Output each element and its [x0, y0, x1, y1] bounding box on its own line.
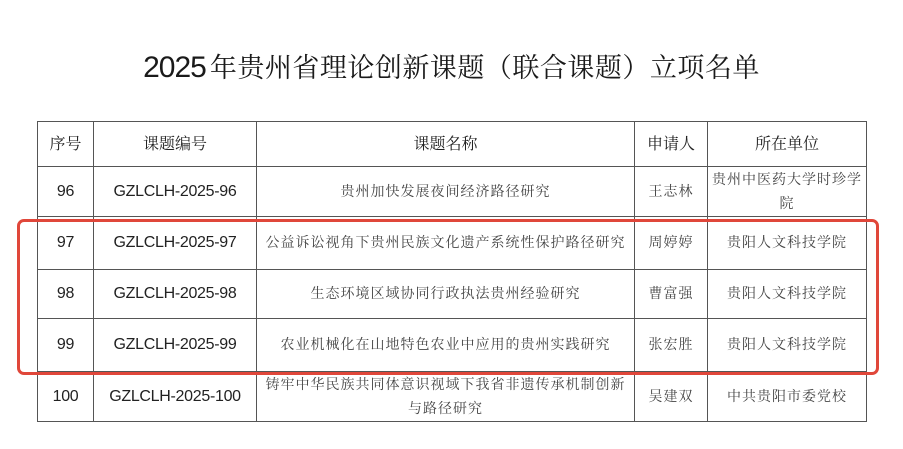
document-title: 2025年贵州省理论创新课题（联合课题）立项名单	[0, 46, 903, 85]
cell-code: GZLCLH-2025-100	[94, 372, 257, 422]
cell-applicant: 王志林	[635, 167, 708, 217]
cell-unit: 贵阳人文科技学院	[708, 270, 867, 319]
table-row: 99 GZLCLH-2025-99 农业机械化在山地特色农业中应用的贵州实践研究…	[38, 319, 867, 372]
cell-topic: 铸牢中华民族共同体意识视域下我省非遗传承机制创新与路径研究	[257, 372, 635, 422]
cell-applicant: 周婷婷	[635, 217, 708, 270]
cell-unit: 中共贵阳市委党校	[708, 372, 867, 422]
cell-index: 100	[38, 372, 94, 422]
table-row: 97 GZLCLH-2025-97 公益诉讼视角下贵州民族文化遗产系统性保护路径…	[38, 217, 867, 270]
cell-index: 96	[38, 167, 94, 217]
cell-topic: 农业机械化在山地特色农业中应用的贵州实践研究	[257, 319, 635, 372]
header-index: 序号	[38, 122, 94, 167]
cell-topic: 生态环境区域协同行政执法贵州经验研究	[257, 270, 635, 319]
cell-code: GZLCLH-2025-99	[94, 319, 257, 372]
header-applicant: 申请人	[635, 122, 708, 167]
cell-unit: 贵阳人文科技学院	[708, 319, 867, 372]
cell-code: GZLCLH-2025-96	[94, 167, 257, 217]
cell-code: GZLCLH-2025-98	[94, 270, 257, 319]
header-unit: 所在单位	[708, 122, 867, 167]
cell-applicant: 吴建双	[635, 372, 708, 422]
project-list-table: 序号 课题编号 课题名称 申请人 所在单位 96 GZLCLH-2025-96 …	[37, 121, 867, 422]
cell-code: GZLCLH-2025-97	[94, 217, 257, 270]
cell-index: 97	[38, 217, 94, 270]
table-row: 96 GZLCLH-2025-96 贵州加快发展夜间经济路径研究 王志林 贵州中…	[38, 167, 867, 217]
cell-topic: 公益诉讼视角下贵州民族文化遗产系统性保护路径研究	[257, 217, 635, 270]
cell-unit: 贵阳人文科技学院	[708, 217, 867, 270]
cell-unit: 贵州中医药大学时珍学院	[708, 167, 867, 217]
header-topic: 课题名称	[257, 122, 635, 167]
cell-applicant: 张宏胜	[635, 319, 708, 372]
header-code: 课题编号	[94, 122, 257, 167]
cell-applicant: 曹富强	[635, 270, 708, 319]
title-text: 年贵州省理论创新课题（联合课题）立项名单	[210, 53, 760, 84]
table-row: 98 GZLCLH-2025-98 生态环境区域协同行政执法贵州经验研究 曹富强…	[38, 270, 867, 319]
table-row: 100 GZLCLH-2025-100 铸牢中华民族共同体意识视域下我省非遗传承…	[38, 372, 867, 422]
table-header-row: 序号 课题编号 课题名称 申请人 所在单位	[38, 122, 867, 167]
cell-topic: 贵州加快发展夜间经济路径研究	[257, 167, 635, 217]
title-year: 2025	[143, 51, 206, 84]
cell-index: 98	[38, 270, 94, 319]
cell-index: 99	[38, 319, 94, 372]
